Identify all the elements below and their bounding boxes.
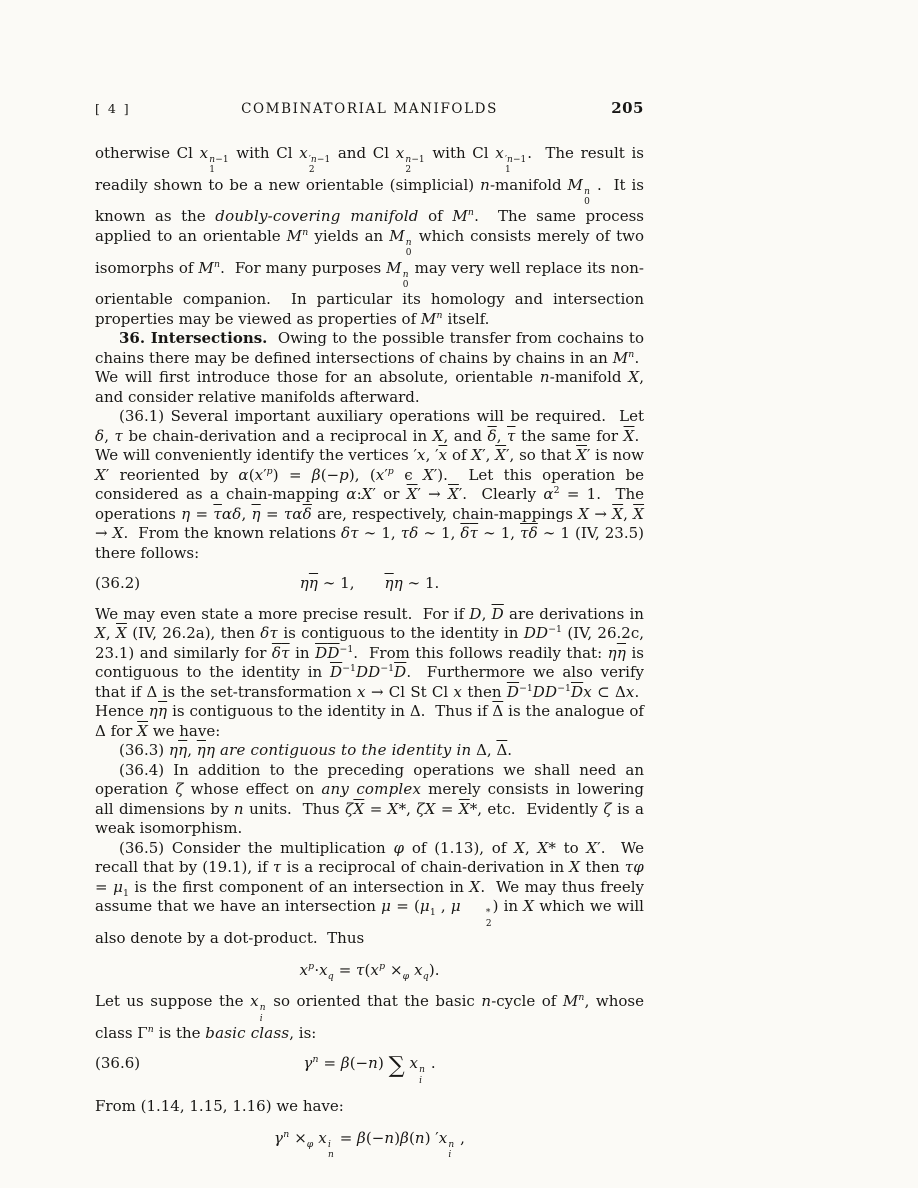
page-body: otherwise Cl xn−11 with Cl x′n−12 and Cl… bbox=[95, 144, 644, 1160]
paragraph: 36. Intersections. Owing to the possible… bbox=[95, 329, 644, 407]
paragraph: From (1.14, 1.15, 1.16) we have: bbox=[95, 1097, 644, 1117]
equation-number: (36.2) bbox=[95, 574, 140, 594]
running-title: COMBINATORIAL MANIFOLDS bbox=[165, 101, 574, 117]
paragraph: (36.3) ηη, ηη are contiguous to the iden… bbox=[95, 741, 644, 761]
equation: γn = β(−n) ∑ xni . bbox=[303, 1054, 435, 1072]
paragraph: Let us suppose the xni so oriented that … bbox=[95, 992, 644, 1043]
paragraph: (36.4) In addition to the preceding oper… bbox=[95, 761, 644, 839]
paragraph: otherwise Cl xn−11 with Cl x′n−12 and Cl… bbox=[95, 144, 644, 329]
equation-number: (36.6) bbox=[95, 1054, 140, 1074]
equation: xp·xq = τ(xp ×φ xq). bbox=[95, 961, 644, 981]
equation: ηη ∼ 1, ηη ∼ 1. bbox=[300, 574, 440, 592]
page-header: [ 4 ] COMBINATORIAL MANIFOLDS 205 bbox=[95, 0, 644, 117]
page: [ 4 ] COMBINATORIAL MANIFOLDS 205 otherw… bbox=[0, 0, 918, 1188]
paragraph: (36.5) Consider the multiplication φ of … bbox=[95, 839, 644, 949]
paragraph: We may even state a more precise result.… bbox=[95, 605, 644, 742]
labeled-equation: (36.2)ηη ∼ 1, ηη ∼ 1. bbox=[95, 574, 644, 594]
paragraph: (36.1) Several important auxiliary opera… bbox=[95, 407, 644, 563]
labeled-equation: (36.6)γn = β(−n) ∑ xni . bbox=[95, 1054, 644, 1086]
section-marker: [ 4 ] bbox=[95, 101, 165, 116]
page-number: 205 bbox=[574, 99, 644, 117]
equation: γn ×φ xin = β(−n)β(n) ′xni , bbox=[95, 1129, 644, 1161]
